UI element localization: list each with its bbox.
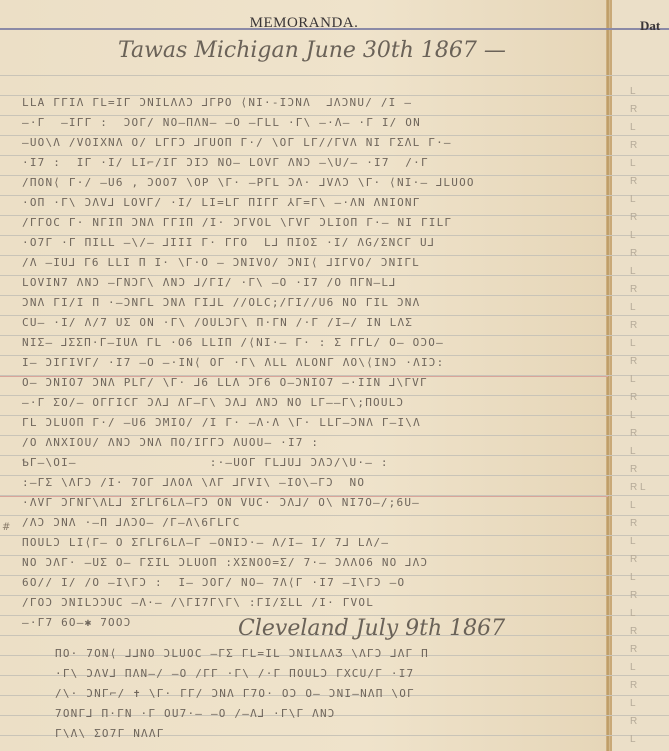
handwritten-line: ΠΟULƆ LΙ⟨Γ— Ο ΣΓLΓ6LΛ—Γ —ΟNΙƆ·— Λ/Ι— Ι/ … bbox=[22, 536, 622, 549]
handwritten-line: /Λ —ΙU⅃ Γ6 LLΙ Π Ι· \Γ·Ο — ƆNIVΟ/ ƆNΙ⟨ ⅃… bbox=[22, 256, 622, 269]
margin-mark: R bbox=[630, 554, 637, 565]
handwritten-line: /ΓΓΟC Γ· NΓΙΠ ƆNΛ ΓΓΙΠ /Ι· ƆΓVΟL \ΓVΓ ƆL… bbox=[22, 216, 622, 229]
margin-mark: L bbox=[630, 446, 636, 457]
margin-mark: R bbox=[630, 176, 637, 187]
margin-mark: L bbox=[630, 338, 636, 349]
handwritten-line: ·ΛVΓ ƆΓNΓ\ΛL⅃ ΣΓLΓ6LΛ—ΓƆ ΟN VUC· ƆΛ⅃/ Ο\… bbox=[22, 496, 622, 509]
handwritten-line: /ΛƆ ƆNΛ ·—Π ⅃ΛƆΟ— /Γ—Λ\6ΓLΓC bbox=[22, 516, 622, 529]
margin-mark: L bbox=[630, 302, 636, 313]
handwritten-line: ƄΓ—\ΟΙ— :·—UΟΓ ΓL⅃U⅃ ƆΛƆ/\U·— : bbox=[22, 456, 622, 469]
handwritten-line: ·ΟΠ ·Γ\ ƆΛV⅃ LΟVΓ/ ·Ι/ LΙ=LΓ ΠΙΓΓ ⅄Γ=Γ\ … bbox=[22, 196, 622, 209]
margin-mark: L bbox=[630, 734, 636, 745]
margin-mark: L bbox=[630, 374, 636, 385]
margin-mark: L bbox=[630, 266, 636, 277]
handwritten-line: ·Ι7 : ΙΓ ·Ι/ LΙ⌐/ΙΓ ƆΙƆ NΟ— LΟVΓ ΛNƆ —\U… bbox=[22, 156, 622, 169]
handwritten-line: Ι— ƆΙΓΙVΓ/ ·Ι7 —Ο —·ΙN⟨ ΟΓ ·Γ\ ΛLL ΛLΟNΓ… bbox=[22, 356, 622, 369]
margin-mark: R bbox=[630, 284, 637, 295]
handwritten-line: CU— ·Ι/ Λ/7 UΣ ΟN ·Γ\ /ΟULƆΓ\ Π·ΓN /·Γ /… bbox=[22, 316, 622, 329]
handwritten-line: 6Ο// Ι/ /Ο —Ι\ΓƆ : Ι— ƆΟΓ/ NΟ— 7Λ⟨Γ ·Ι7 … bbox=[22, 576, 622, 589]
margin-mark: R bbox=[630, 248, 637, 259]
margin-mark: R bbox=[630, 356, 637, 367]
handwritten-line: NΟ ƆΛΓ· —UΣ Ο— ΓΣΙL ƆLUΟΠ :ΧΣΝΟΟ=Σ/ 7·— … bbox=[22, 556, 622, 569]
margin-mark: R bbox=[630, 680, 637, 691]
margin-mark: R bbox=[630, 626, 637, 637]
handwritten-line: —·Γ ΣΟ/— ΟΓΓΙCΓ ƆΛ⅃ ΛΓ—Γ\ ƆΛ⅃ ΛNƆ NΟ LΓ—… bbox=[22, 396, 622, 409]
margin-mark: L bbox=[630, 500, 636, 511]
margin-mark: R bbox=[630, 320, 637, 331]
margin-mark: R bbox=[630, 104, 637, 115]
handwritten-line: /\· ƆNΓ⌐/ ✝ \Γ· ΓΓ/ ƆNΛ Γ7Ο· ΟƆ Ο— ƆNΙ—N… bbox=[55, 687, 655, 700]
margin-mark: L bbox=[630, 698, 636, 709]
handwritten-line: ·Γ\ ƆΛV⅃ ΠΛN—/ —Ο /ΓΓ ·Γ\ /·Γ ΠΟULƆ ΓΧCU… bbox=[55, 667, 655, 680]
handwritten-line: /Ο ΛNΧΙΟU/ ΛNƆ ƆNΛ ΠΟ/ΙΓΓƆ ΛUΟU— ·Ι7 : bbox=[22, 436, 622, 449]
margin-mark: L bbox=[630, 410, 636, 421]
handwritten-line: —·Γ —ΙΓΓ : ƆΟΓ/ NΟ—ΠΛN— —Ο —ΓLL ·Γ\ —·Λ—… bbox=[22, 116, 622, 129]
margin-mark: L bbox=[630, 536, 636, 547]
right-page-header: Dat bbox=[640, 18, 660, 34]
handwritten-line: LΟVΙN7 ΛNƆ —ΓNƆΓ\ ΛNƆ ⅃/ΓΙ/ ·Γ\ —Ο ·Ι7 /… bbox=[22, 276, 622, 289]
margin-mark: R bbox=[630, 428, 637, 439]
handwritten-line: ΓL ƆLUΟΠ Γ·/ —U6 ƆΜΙΟ/ /Ι Γ· —Λ·Λ \Γ· LL… bbox=[22, 416, 622, 429]
handwritten-line: Ο— ƆNΙΟ7 ƆNΛ ΡLΓ/ \Γ· ⅃6 LLΛ ƆΓ6 Ο—ƆNΙΟ7… bbox=[22, 376, 622, 389]
handwritten-line: 7ΟNΓ⅃ Π·ΓN ·Γ ΟU7·— —Ο /—Λ⅃ ·Γ\Γ ΛNƆ bbox=[55, 707, 655, 720]
margin-mark: L bbox=[630, 86, 636, 97]
margin-mark: R bbox=[630, 392, 637, 403]
handwritten-line: ΠΟ· 7ΟΝ⟨ ⅃⅃NΟ ƆLUΟC —ΓΣ ΓL=ΙL ƆNΙLΛΛƷ \Λ… bbox=[55, 647, 655, 660]
margin-mark: R bbox=[630, 644, 637, 655]
handwritten-line: /ΠΟN⟨ Γ·/ —U6 , ƆΟΟ7 \ΟΡ \Γ· —ΡΓL ƆΛ· ⅃V… bbox=[22, 176, 622, 189]
margin-mark: L bbox=[630, 230, 636, 241]
handwritten-line: /ΓΟƆ ƆNΙLƆƆUC —Λ·— /\ΓΙ7Γ\Γ\ :ΓΙ/ΣLL /Ι·… bbox=[22, 596, 622, 609]
handwritten-line: LLA ΓΓΙΛ ΓL=IΓ ƆNILΛΛƆ ⅃ΓΡΟ ⟨NI·-ΙƆNΛ ⅃Λ… bbox=[22, 96, 622, 109]
margin-mark: R bbox=[630, 464, 637, 475]
margin-mark: R bbox=[630, 518, 637, 529]
handwritten-line: NΙΣ— ⅃ΣΣΠ·Γ—ΙUΛ ΓL ·Ο6 LLΙΠ /⟨NΙ·— Γ· : … bbox=[22, 336, 622, 349]
handwritten-line: ƆNΛ ΓΙ/Ι Π ·—ƆNΓL ƆNΛ ΓΙ⅃L //ΟLC;/ΓΙ//U6… bbox=[22, 296, 622, 309]
margin-mark: L bbox=[630, 122, 636, 133]
margin-mark: L bbox=[630, 158, 636, 169]
margin-mark: L bbox=[630, 572, 636, 583]
handwritten-line: Γ\Λ\ ΣΟ7Γ NΛΛΓ bbox=[55, 727, 655, 740]
entry-heading: Tawas Michigan June 30th 1867 — bbox=[118, 38, 506, 63]
handwritten-line: ·Ο7Γ ·Γ ΠΙLL —\/— ⅃ΙΙΙ Γ· ΓΓΟ L⅃ ΠΙΟΣ ·Ι… bbox=[22, 236, 622, 249]
entry-heading: Cleveland July 9th 1867 bbox=[238, 616, 505, 641]
handwritten-line: —UΟ\Λ /VΟΙΧNΛ Ο/ LΓΓƆ ⅃ΓUΟΠ Γ·/ \ΟΓ LΓ//… bbox=[22, 136, 622, 149]
margin-mark: R L bbox=[630, 482, 646, 493]
margin-mark: R bbox=[630, 212, 637, 223]
margin-mark: R bbox=[630, 140, 637, 151]
page-header: MEMORANDA. bbox=[0, 15, 608, 32]
margin-mark: R bbox=[630, 590, 637, 601]
margin-mark: R bbox=[630, 716, 637, 727]
margin-note: # bbox=[2, 522, 10, 533]
margin-mark: L bbox=[630, 608, 636, 619]
margin-mark: L bbox=[630, 662, 636, 673]
margin-mark: L bbox=[630, 194, 636, 205]
handwritten-line: :—ΓΣ \ΛΓƆ /Ι· 7ΟΓ ⅃ΛΟΛ \ΛΓ ⅃ΓVΙ\ —ΙΟ\—ΓƆ… bbox=[22, 476, 622, 489]
